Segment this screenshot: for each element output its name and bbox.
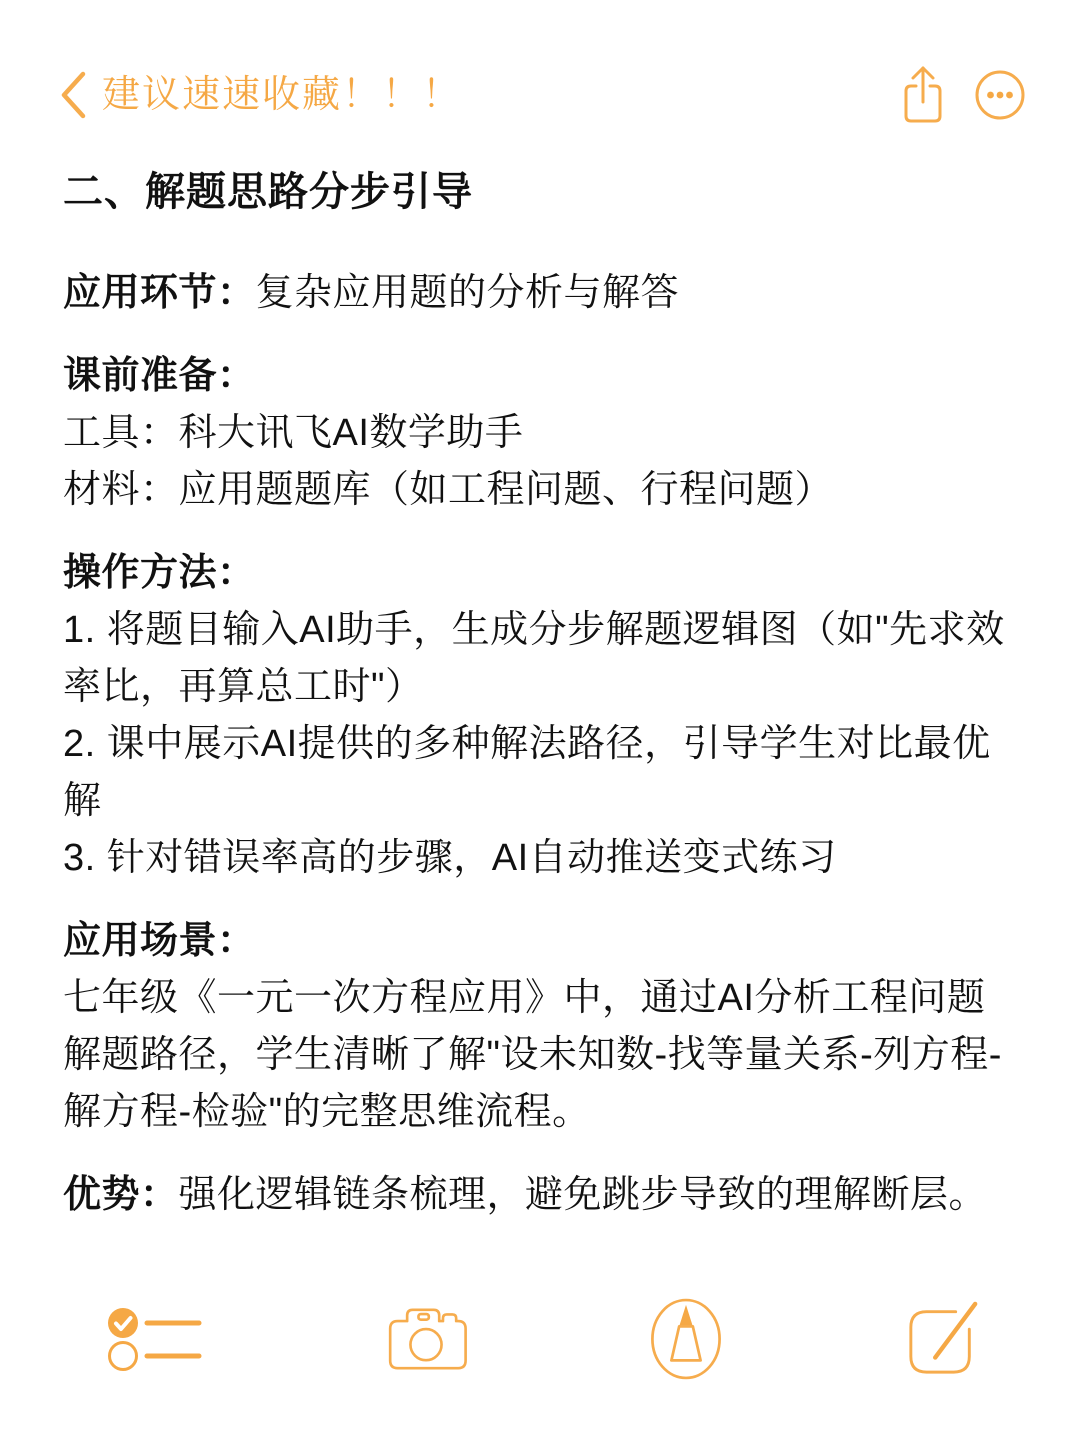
paragraph-method: 操作方法： 1. 将题目输入AI助手，生成分步解题逻辑图（如"先求效率比，再算总…: [63, 545, 1017, 887]
paragraph-text: 复杂应用题的分析与解答: [256, 272, 680, 314]
camera-button[interactable]: [384, 1306, 468, 1372]
paragraph-preparation: 课前准备： 工具：科大讯飞AI数学助手 材料：应用题题库（如工程问题、行程问题）: [63, 348, 1017, 519]
share-button[interactable]: [900, 64, 946, 126]
paragraph-label: 课前准备：: [63, 348, 1017, 405]
checklist-button[interactable]: [106, 1306, 202, 1372]
share-icon: [900, 64, 946, 126]
paragraph-line: 1. 将题目输入AI助手，生成分步解题逻辑图（如"先求效率比，再算总工时"）: [63, 602, 1017, 716]
markup-pen-button[interactable]: [649, 1297, 723, 1381]
paragraph-line: 材料：应用题题库（如工程问题、行程问题）: [63, 462, 1017, 519]
back-button[interactable]: [58, 70, 88, 120]
paragraph-advantage: 优势：强化逻辑链条梳理，避免跳步导致的理解断层。: [63, 1167, 1017, 1224]
paragraph-line: 3. 针对错误率高的步骤，AI自动推送变式练习: [63, 830, 1017, 887]
bottom-toolbar: [0, 1300, 1080, 1378]
nav-bar: 建议速速收藏！！！: [58, 58, 1026, 132]
checklist-icon: [106, 1306, 202, 1372]
paragraph-label: 应用场景：: [63, 913, 1017, 970]
markup-pen-icon: [649, 1297, 723, 1381]
ellipsis-circle-icon: [974, 69, 1026, 121]
paragraph-line: 2. 课中展示AI提供的多种解法路径，引导学生对比最优解: [63, 716, 1017, 830]
paragraph-line: 七年级《一元一次方程应用》中，通过AI分析工程问题解题路径，学生清晰了解"设未知…: [63, 970, 1017, 1141]
compose-icon: [905, 1300, 981, 1378]
paragraph-line: 工具：科大讯飞AI数学助手: [63, 405, 1017, 462]
paragraph-label: 应用环节：: [63, 272, 256, 314]
paragraph-application-step: 应用环节：复杂应用题的分析与解答: [63, 265, 1017, 322]
more-button[interactable]: [974, 69, 1026, 121]
camera-icon: [384, 1306, 468, 1372]
notes-app-page: { "colors": { "accent": "#F5A845", "acce…: [0, 0, 1080, 1443]
paragraph-text: 强化逻辑链条梳理，避免跳步导致的理解断层。: [179, 1174, 988, 1216]
paragraph-label: 优势：: [63, 1174, 179, 1216]
compose-button[interactable]: [905, 1300, 981, 1378]
note-title: 建议速速收藏！！！: [102, 76, 462, 114]
section-heading: 二、解题思路分步引导: [63, 164, 1017, 221]
note-content[interactable]: 二、解题思路分步引导 应用环节：复杂应用题的分析与解答 课前准备： 工具：科大讯…: [63, 164, 1017, 1250]
paragraph-label: 操作方法：: [63, 545, 1017, 602]
paragraph-scenario: 应用场景： 七年级《一元一次方程应用》中，通过AI分析工程问题解题路径，学生清晰…: [63, 913, 1017, 1141]
chevron-left-icon: [59, 70, 87, 120]
